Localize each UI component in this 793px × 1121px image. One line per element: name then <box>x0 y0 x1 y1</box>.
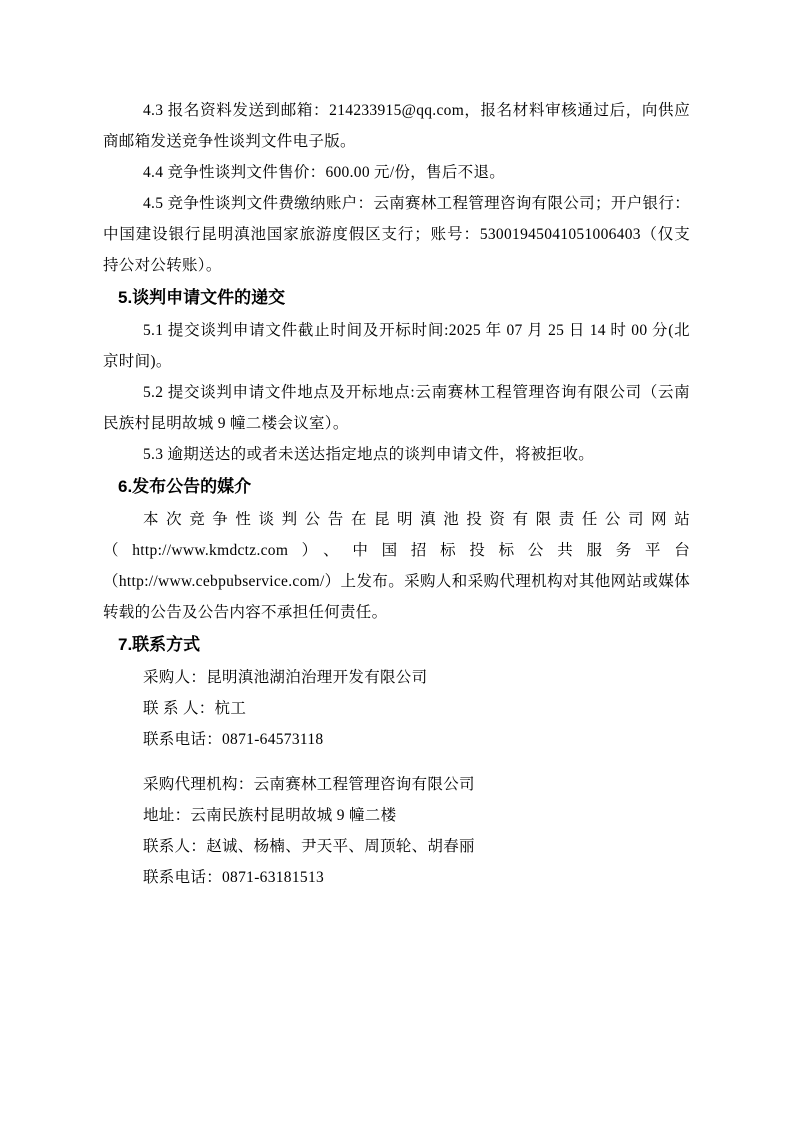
paragraph-4-4: 4.4 竞争性谈判文件售价：600.00 元/份，售后不退。 <box>103 157 690 188</box>
paragraph-4-5: 4.5 竞争性谈判文件费缴纳账户：云南赛林工程管理咨询有限公司；开户银行：中国建… <box>103 188 690 281</box>
purchaser-contact-person-line: 联 系 人：杭工 <box>103 693 690 724</box>
paragraph-5-3: 5.3 逾期送达的或者未送达指定地点的谈判申请文件，将被拒收。 <box>103 439 690 470</box>
purchaser-phone-line: 联系电话：0871-64573118 <box>103 724 690 755</box>
purchaser-line: 采购人：昆明滇池湖泊治理开发有限公司 <box>103 662 690 693</box>
paragraph-5-2: 5.2 提交谈判申请文件地点及开标地点:云南赛林工程管理咨询有限公司（云南民族村… <box>103 377 690 439</box>
agency-phone-line: 联系电话：0871-63181513 <box>103 862 690 893</box>
paragraph-4-3: 4.3 报名资料发送到邮箱：214233915@qq.com，报名材料审核通过后… <box>103 95 690 157</box>
section-5-heading: 5.谈判申请文件的递交 <box>103 281 690 315</box>
agency-address-line: 地址：云南民族村昆明故城 9 幢二楼 <box>103 800 690 831</box>
blank-line-spacer <box>103 755 690 769</box>
section-7-heading: 7.联系方式 <box>103 628 690 662</box>
section-6-heading: 6.发布公告的媒介 <box>103 470 690 504</box>
document-page: 4.3 报名资料发送到邮箱：214233915@qq.com，报名材料审核通过后… <box>0 0 793 1121</box>
paragraph-5-1: 5.1 提交谈判申请文件截止时间及开标时间:2025 年 07 月 25 日 1… <box>103 315 690 377</box>
agency-contacts-line: 联系人：赵诚、杨楠、尹天平、周顶轮、胡春丽 <box>103 831 690 862</box>
agency-line: 采购代理机构：云南赛林工程管理咨询有限公司 <box>103 769 690 800</box>
paragraph-6-body: 本次竞争性谈判公告在昆明滇池投资有限责任公司网站（http://www.kmdc… <box>103 504 690 628</box>
